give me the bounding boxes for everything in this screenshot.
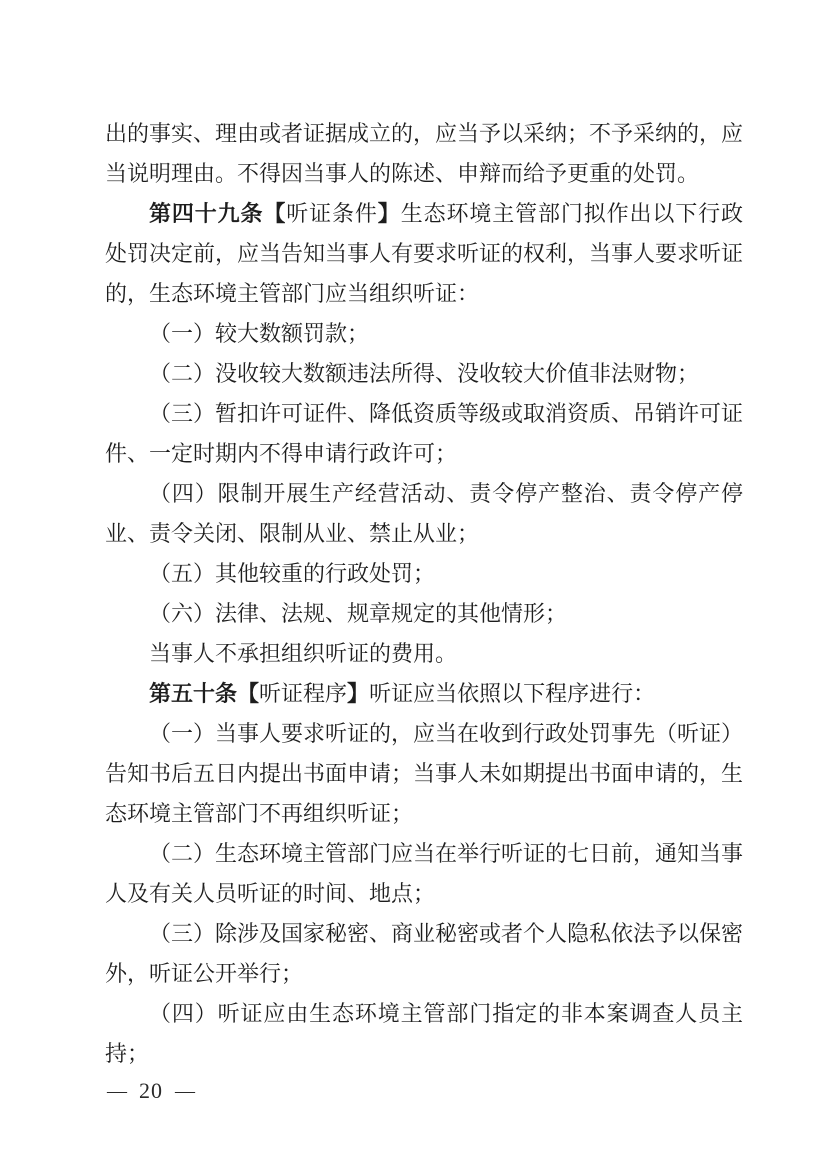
paragraph: （二）没收较大数额违法所得、没收较大价值非法财物； xyxy=(105,354,743,394)
footer-left-dash: — xyxy=(107,1078,127,1104)
article-heading-segment: 第四十九条 xyxy=(149,201,263,226)
paragraph: （一）较大数额罚款； xyxy=(105,314,743,354)
text-segment: （六）法律、法规、规章规定的其他情形； xyxy=(149,601,567,626)
text-segment: （二）没收较大数额违法所得、没收较大价值非法财物； xyxy=(149,361,699,386)
footer-right-dash: — xyxy=(175,1078,195,1104)
text-segment: 听证程序 xyxy=(259,681,347,706)
article-paragraph: 第五十条【听证程序】听证应当依照以下程序进行： xyxy=(105,674,743,714)
paragraph: （四）听证应由生态环境主管部门指定的非本案调查人员主持； xyxy=(105,994,743,1074)
text-segment: （一）当事人要求听证的，应当在收到行政处罚事先（听证）告知书后五日内提出书面申请… xyxy=(105,721,743,826)
text-segment: （三）暂扣许可证件、降低资质等级或取消资质、吊销许可证件、一定时期内不得申请行政… xyxy=(105,401,743,466)
paragraph: 出的事实、理由或者证据成立的，应当予以采纳；不予采纳的，应当说明理由。不得因当事… xyxy=(105,114,743,194)
text-segment: 听证条件 xyxy=(286,201,378,226)
article-heading-segment: 【 xyxy=(263,201,286,226)
paragraph: （一）当事人要求听证的，应当在收到行政处罚事先（听证）告知书后五日内提出书面申请… xyxy=(105,714,743,834)
paragraph: （六）法律、法规、规章规定的其他情形； xyxy=(105,594,743,634)
page-footer: — 20 — xyxy=(107,1078,195,1104)
article-heading-segment: 】 xyxy=(378,201,401,226)
paragraph: （四）限制开展生产经营活动、责令停产整治、责令停产停业、责令关闭、限制从业、禁止… xyxy=(105,474,743,554)
article-paragraph: 第四十九条【听证条件】生态环境主管部门拟作出以下行政处罚决定前，应当告知当事人有… xyxy=(105,194,743,314)
article-heading-segment: 第五十条 xyxy=(149,681,237,706)
paragraph: 当事人不承担组织听证的费用。 xyxy=(105,634,743,674)
article-heading-segment: 【 xyxy=(237,681,259,706)
paragraph: （三）除涉及国家秘密、商业秘密或者个人隐私依法予以保密外，听证公开举行； xyxy=(105,914,743,994)
page-number: 20 xyxy=(139,1078,163,1104)
text-segment: （一）较大数额罚款； xyxy=(149,321,369,346)
text-segment: （二）生态环境主管部门应当在举行听证的七日前，通知当事人及有关人员听证的时间、地… xyxy=(105,841,743,906)
document-body: 出的事实、理由或者证据成立的，应当予以采纳；不予采纳的，应当说明理由。不得因当事… xyxy=(105,114,743,1074)
text-segment: 听证应当依照以下程序进行： xyxy=(369,681,655,706)
text-segment: （五）其他较重的行政处罚； xyxy=(149,561,435,586)
paragraph: （五）其他较重的行政处罚； xyxy=(105,554,743,594)
text-segment: （四）限制开展生产经营活动、责令停产整治、责令停产停业、责令关闭、限制从业、禁止… xyxy=(105,481,743,546)
paragraph: （三）暂扣许可证件、降低资质等级或取消资质、吊销许可证件、一定时期内不得申请行政… xyxy=(105,394,743,474)
text-segment: 出的事实、理由或者证据成立的，应当予以采纳；不予采纳的，应当说明理由。不得因当事… xyxy=(105,121,743,186)
paragraph: （二）生态环境主管部门应当在举行听证的七日前，通知当事人及有关人员听证的时间、地… xyxy=(105,834,743,914)
document-page: 出的事实、理由或者证据成立的，应当予以采纳；不予采纳的，应当说明理由。不得因当事… xyxy=(0,0,826,1169)
text-segment: 当事人不承担组织听证的费用。 xyxy=(149,641,457,666)
text-segment: （三）除涉及国家秘密、商业秘密或者个人隐私依法予以保密外，听证公开举行； xyxy=(105,921,743,986)
article-heading-segment: 】 xyxy=(347,681,369,706)
text-segment: （四）听证应由生态环境主管部门指定的非本案调查人员主持； xyxy=(105,1001,743,1066)
